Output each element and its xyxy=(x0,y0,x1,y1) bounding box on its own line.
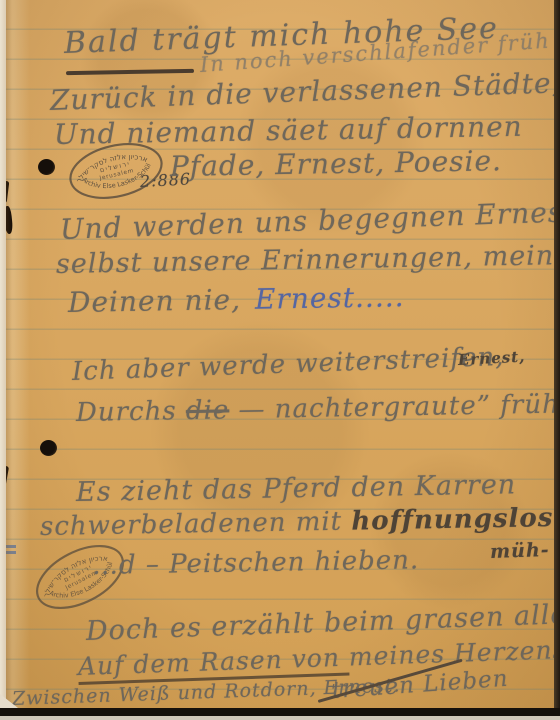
blue-pencil-word: Ernest..... xyxy=(255,280,405,316)
scan-edge-bottom xyxy=(0,708,560,716)
margin-note: Ernest, xyxy=(458,347,526,369)
scanned-manuscript-page: ארכיון אלזה לסקר־שילר ירושלים Jerusalem … xyxy=(0,0,560,720)
crossed-out-word: die xyxy=(186,395,230,426)
punch-hole xyxy=(38,159,55,175)
poem-line: …d – Peitschen hieben. xyxy=(92,545,420,581)
scan-edge-right xyxy=(554,0,560,720)
poem-line-text: Deinen nie, xyxy=(68,283,242,319)
margin-note: müh- xyxy=(490,539,550,563)
poem-line-text: — nachtergraute” früh. xyxy=(229,389,560,425)
poem-line-text: Durchs xyxy=(76,396,186,428)
poem-line: Deinen nie,Ernest..... xyxy=(68,280,405,319)
poem-line: Pfade, Ernest, Poesie. xyxy=(170,144,502,183)
paper-crease xyxy=(6,0,12,720)
next-page-edge xyxy=(0,716,560,720)
poem-line-text: schwerbeladenen mit xyxy=(40,507,352,542)
punch-hole xyxy=(40,440,57,456)
overwritten-word: hoffnungslosen xyxy=(351,502,560,536)
